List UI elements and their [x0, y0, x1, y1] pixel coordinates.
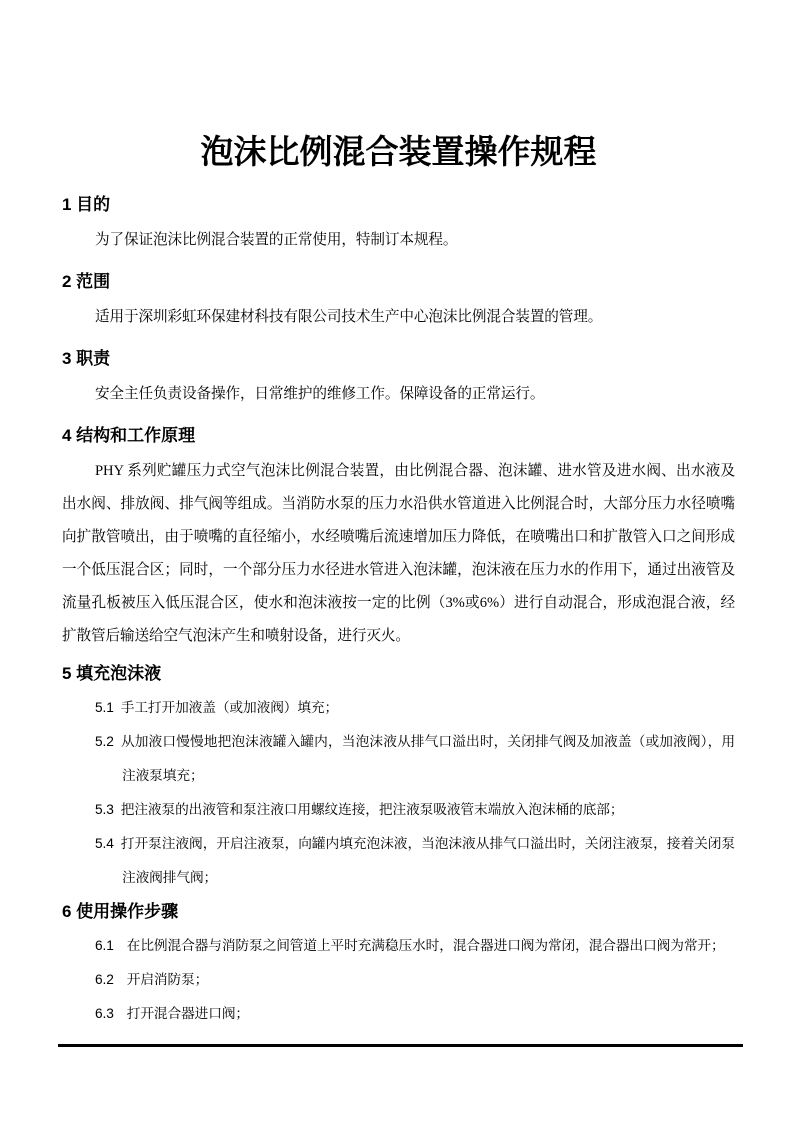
- item-number: 6.1: [95, 938, 114, 953]
- paragraph: 为了保证泡沫比例混合装置的正常使用，特制订本规程。: [62, 229, 735, 251]
- item-number: 5.4: [95, 836, 114, 851]
- item-number: 6.2: [95, 972, 114, 987]
- document-page: 泡沫比例混合装置操作规程 1 目的为了保证泡沫比例混合装置的正常使用，特制订本规…: [0, 0, 793, 1122]
- item-text: 打开混合器进口阀；: [127, 1006, 249, 1021]
- list-item: 5.2从加液口慢慢地把泡沫液罐入罐内，当泡沫液从排气口溢出时，关闭排气阀及加液盖…: [62, 725, 735, 793]
- list-item: 6.1在比例混合器与消防泵之间管道上平时充满稳压水时，混合器进口阀为常闭，混合器…: [62, 929, 735, 963]
- item-text: 手工打开加液盖（或加液阀）填充；: [121, 700, 338, 715]
- section-heading: 2 范围: [62, 271, 735, 293]
- document-section: 5 填充泡沫液5.1手工打开加液盖（或加液阀）填充；5.2从加液口慢慢地把泡沫液…: [62, 663, 735, 895]
- document-section: 2 范围适用于深圳彩虹环保建材科技有限公司技术生产中心泡沫比例混合装置的管理。: [62, 271, 735, 328]
- document-body: 1 目的为了保证泡沫比例混合装置的正常使用，特制订本规程。2 范围适用于深圳彩虹…: [62, 194, 735, 1031]
- paragraph: 安全主任负责设备操作，日常维护的维修工作。保障设备的正常运行。: [62, 383, 735, 405]
- paragraph: 适用于深圳彩虹环保建材科技有限公司技术生产中心泡沫比例混合装置的管理。: [62, 306, 735, 328]
- footer-divider: [58, 1044, 743, 1047]
- document-section: 4 结构和工作原理PHY 系列贮罐压力式空气泡沫比例混合装置，由比例混合器、泡沫…: [62, 425, 735, 653]
- section-heading: 1 目的: [62, 194, 735, 216]
- item-number: 5.1: [95, 700, 114, 715]
- list-item: 6.3打开混合器进口阀；: [62, 997, 735, 1031]
- item-text: 在比例混合器与消防泵之间管道上平时充满稳压水时，混合器进口阀为常闭，混合器出口阀…: [127, 938, 725, 953]
- item-text: 开启消防泵；: [127, 972, 209, 987]
- list-item: 5.1手工打开加液盖（或加液阀）填充；: [62, 691, 735, 725]
- document-section: 3 职责安全主任负责设备操作，日常维护的维修工作。保障设备的正常运行。: [62, 348, 735, 405]
- document-section: 1 目的为了保证泡沫比例混合装置的正常使用，特制订本规程。: [62, 194, 735, 251]
- section-heading: 4 结构和工作原理: [62, 425, 735, 447]
- section-heading: 3 职责: [62, 348, 735, 370]
- item-text: 把注液泵的出液管和泵注液口用螺纹连接，把注液泵吸液管末端放入泡沫桶的底部；: [121, 802, 624, 817]
- item-number: 6.3: [95, 1006, 114, 1021]
- item-text: 打开泵注液阀，开启注液泵，向罐内填充泡沫液，当泡沫液从排气口溢出时，关闭注液泵，…: [121, 836, 735, 885]
- list-item: 6.2开启消防泵；: [62, 963, 735, 997]
- paragraph: PHY 系列贮罐压力式空气泡沫比例混合装置，由比例混合器、泡沫罐、进水管及进水阀…: [62, 455, 735, 653]
- section-heading: 5 填充泡沫液: [62, 663, 735, 685]
- item-number: 5.2: [95, 734, 114, 749]
- document-title: 泡沫比例混合装置操作规程: [62, 130, 735, 174]
- list-item: 5.4打开泵注液阀，开启注液泵，向罐内填充泡沫液，当泡沫液从排气口溢出时，关闭注…: [62, 827, 735, 895]
- item-number: 5.3: [95, 802, 114, 817]
- item-text: 从加液口慢慢地把泡沫液罐入罐内，当泡沫液从排气口溢出时，关闭排气阀及加液盖（或加…: [121, 734, 735, 783]
- list-item: 5.3把注液泵的出液管和泵注液口用螺纹连接，把注液泵吸液管末端放入泡沫桶的底部；: [62, 793, 735, 827]
- document-section: 6 使用操作步骤6.1在比例混合器与消防泵之间管道上平时充满稳压水时，混合器进口…: [62, 901, 735, 1031]
- section-heading: 6 使用操作步骤: [62, 901, 735, 923]
